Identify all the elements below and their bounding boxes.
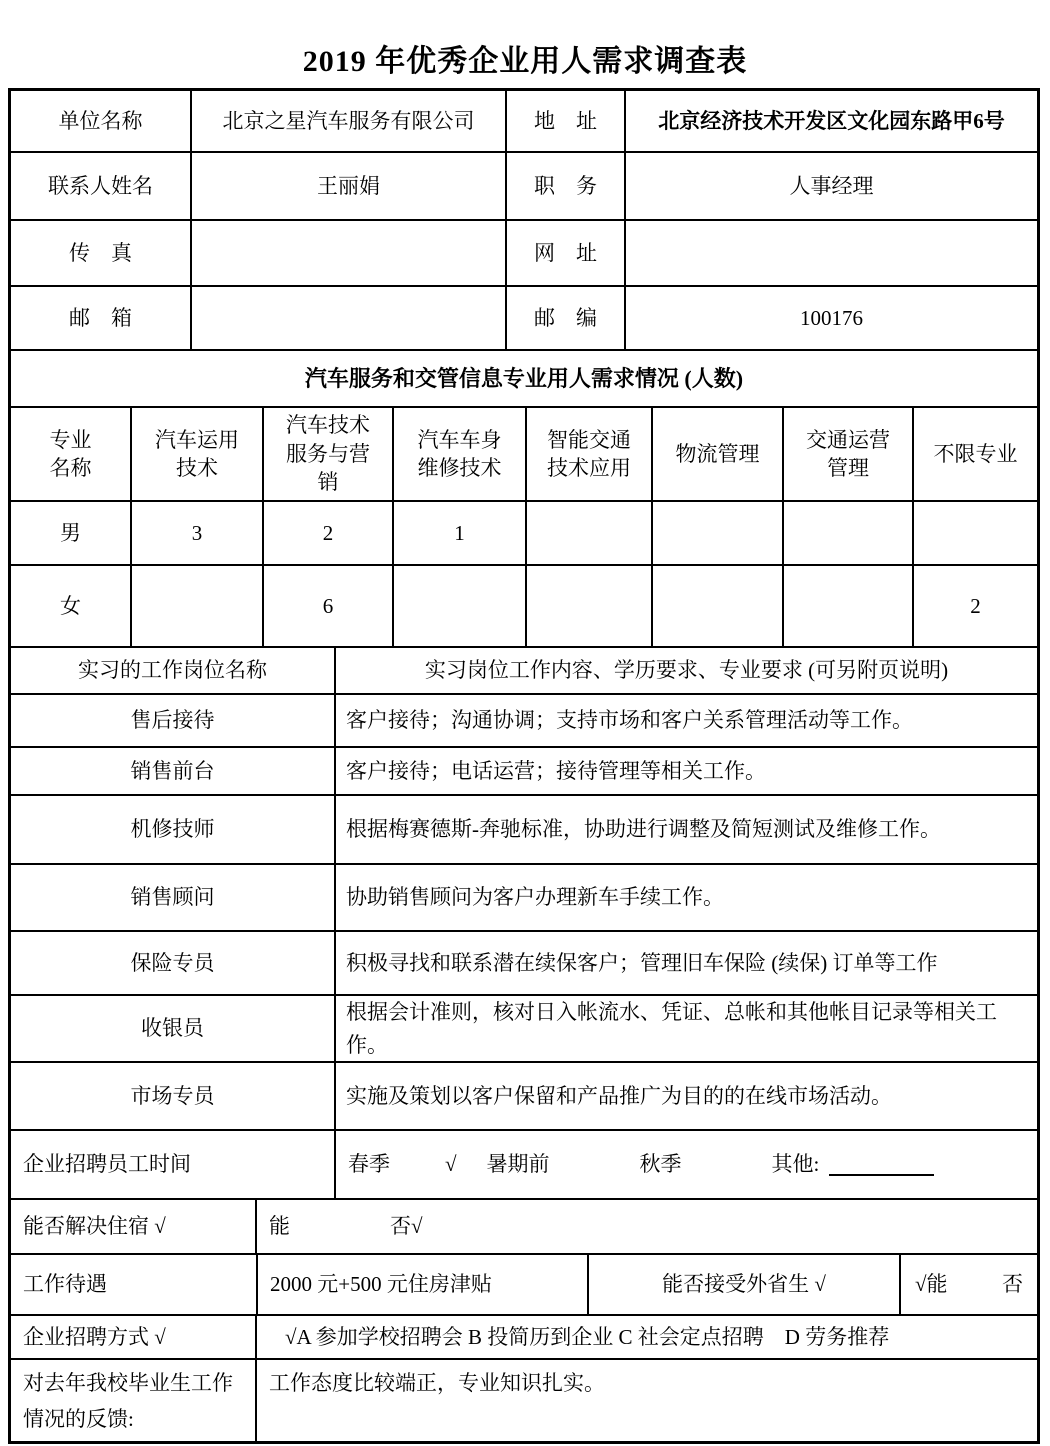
housing-no: 否√ xyxy=(390,1211,423,1241)
positions-header-right: 实习岗位工作内容、学历要求、专业要求 (可另附页说明) xyxy=(336,648,1037,693)
row-label-male: 男 xyxy=(11,502,132,564)
position-row: 销售顾问 协助销售顾问为客户办理新车手续工作。 xyxy=(11,865,1037,932)
demand-cell: 2 xyxy=(914,566,1037,646)
col-header-intelligent-traffic: 智能交通 技术应用 xyxy=(527,408,653,500)
job-title-label: 职 务 xyxy=(507,153,626,219)
position-desc: 根据会计准则，核对日入帐流水、凭证、总帐和其他帐目记录等相关工作。 xyxy=(336,996,1037,1061)
recruit-method-value: √A 参加学校招聘会 B 投简历到企业 C 社会定点招聘 D 劳务推荐 xyxy=(257,1316,1037,1358)
position-row: 售后接待 客户接待；沟通协调；支持市场和客户关系管理活动等工作。 xyxy=(11,695,1037,748)
unit-name-label: 单位名称 xyxy=(11,91,192,151)
recruit-time-row: 企业招聘员工时间 春季 √ 暑期前 秋季 其他: xyxy=(11,1131,1037,1200)
positions-header-left: 实习的工作岗位名称 xyxy=(11,648,336,693)
option-pre-summer: 暑期前 xyxy=(487,1149,550,1179)
position-row: 保险专员 积极寻找和联系潜在续保客户；管理旧车保险 (续保) 订单等工作 xyxy=(11,932,1037,996)
address-value: 北京经济技术开发区文化园东路甲6号 xyxy=(626,91,1037,151)
col-header-auto-application: 汽车运用 技术 xyxy=(132,408,264,500)
postcode-value: 100176 xyxy=(626,287,1037,349)
survey-table: 单位名称 北京之星汽车服务有限公司 地 址 北京经济技术开发区文化园东路甲6号 … xyxy=(8,88,1040,1444)
province-yes: √能 xyxy=(915,1269,948,1299)
website-label: 网 址 xyxy=(507,221,626,285)
option-autumn: 秋季 xyxy=(640,1149,682,1179)
option-other: 其他: xyxy=(772,1149,820,1179)
position-row: 市场专员 实施及策划以客户保留和产品推广为目的的在线市场活动。 xyxy=(11,1063,1037,1131)
position-name: 销售前台 xyxy=(11,748,336,794)
position-name: 保险专员 xyxy=(11,932,336,994)
demand-cell xyxy=(784,502,914,564)
email-label: 邮 箱 xyxy=(11,287,192,349)
province-no: 否 xyxy=(1002,1269,1023,1299)
job-title-value: 人事经理 xyxy=(626,153,1037,219)
demand-cell xyxy=(394,566,527,646)
page-title: 2019 年优秀企业用人需求调查表 xyxy=(0,36,1050,80)
demand-cell xyxy=(914,502,1037,564)
fax-label: 传 真 xyxy=(11,221,192,285)
housing-row: 能否解决住宿 √ 能 否√ xyxy=(11,1200,1037,1255)
position-name: 销售顾问 xyxy=(11,865,336,930)
demand-section-header-row: 汽车服务和交管信息专业用人需求情况 (人数) xyxy=(11,351,1037,408)
position-row: 机修技师 根据梅赛德斯-奔驰标准，协助进行调整及简短测试及维修工作。 xyxy=(11,796,1037,865)
demand-cell: 1 xyxy=(394,502,527,564)
salary-value: 2000 元+500 元住房津贴 xyxy=(258,1255,589,1314)
position-desc: 实施及策划以客户保留和产品推广为目的的在线市场活动。 xyxy=(336,1063,1037,1129)
recruit-method-label: 企业招聘方式 √ xyxy=(11,1316,257,1358)
province-options: √能 否 xyxy=(901,1255,1037,1314)
position-name: 市场专员 xyxy=(11,1063,336,1129)
salary-row: 工作待遇 2000 元+500 元住房津贴 能否接受外省生 √ √能 否 xyxy=(11,1255,1037,1316)
col-header-any-major: 不限专业 xyxy=(914,408,1037,500)
recruit-method-row: 企业招聘方式 √ √A 参加学校招聘会 B 投简历到企业 C 社会定点招聘 D … xyxy=(11,1316,1037,1360)
demand-row-male: 男 3 2 1 xyxy=(11,502,1037,566)
spring-checkmark: √ xyxy=(445,1149,457,1179)
col-header-logistics: 物流管理 xyxy=(653,408,784,500)
demand-cell xyxy=(784,566,914,646)
feedback-value: 工作态度比较端正，专业知识扎实。 xyxy=(257,1360,1037,1441)
info-row-fax: 传 真 网 址 xyxy=(11,221,1037,287)
housing-yes: 能 xyxy=(269,1211,290,1241)
info-row-email: 邮 箱 邮 编 100176 xyxy=(11,287,1037,351)
email-value xyxy=(192,287,507,349)
housing-options: 能 否√ xyxy=(257,1200,1037,1253)
position-desc: 根据梅赛德斯-奔驰标准，协助进行调整及简短测试及维修工作。 xyxy=(336,796,1037,863)
other-blank-line xyxy=(829,1153,934,1176)
demand-cell: 6 xyxy=(264,566,394,646)
unit-name-value: 北京之星汽车服务有限公司 xyxy=(192,91,507,151)
address-label: 地 址 xyxy=(507,91,626,151)
demand-header-row: 专业 名称 汽车运用 技术 汽车技术 服务与营 销 汽车车身 维修技术 智能交通… xyxy=(11,408,1037,502)
position-desc: 客户接待；电话运营；接待管理等相关工作。 xyxy=(336,748,1037,794)
demand-cell xyxy=(653,566,784,646)
housing-label: 能否解决住宿 √ xyxy=(11,1200,257,1253)
position-name: 机修技师 xyxy=(11,796,336,863)
salary-label: 工作待遇 xyxy=(11,1255,258,1314)
info-row-unit: 单位名称 北京之星汽车服务有限公司 地 址 北京经济技术开发区文化园东路甲6号 xyxy=(11,91,1037,153)
recruit-time-options: 春季 √ 暑期前 秋季 其他: xyxy=(336,1131,1037,1198)
position-desc: 积极寻找和联系潜在续保客户；管理旧车保险 (续保) 订单等工作 xyxy=(336,932,1037,994)
col-header-major: 专业 名称 xyxy=(11,408,132,500)
website-value xyxy=(626,221,1037,285)
feedback-label: 对去年我校毕业生工作情况的反馈: xyxy=(11,1360,257,1441)
demand-cell: 3 xyxy=(132,502,264,564)
position-name: 收银员 xyxy=(11,996,336,1061)
row-label-female: 女 xyxy=(11,566,132,646)
option-spring: 春季 xyxy=(348,1149,390,1179)
demand-cell: 2 xyxy=(264,502,394,564)
fax-value xyxy=(192,221,507,285)
contact-name-label: 联系人姓名 xyxy=(11,153,192,219)
feedback-row: 对去年我校毕业生工作情况的反馈: 工作态度比较端正，专业知识扎实。 xyxy=(11,1360,1037,1441)
survey-form-page: 2019 年优秀企业用人需求调查表 单位名称 北京之星汽车服务有限公司 地 址 … xyxy=(0,0,1050,1446)
demand-section-title: 汽车服务和交管信息专业用人需求情况 (人数) xyxy=(11,351,1037,406)
position-desc: 协助销售顾问为客户办理新车手续工作。 xyxy=(336,865,1037,930)
recruit-time-label: 企业招聘员工时间 xyxy=(11,1131,336,1198)
demand-row-female: 女 6 2 xyxy=(11,566,1037,648)
demand-cell xyxy=(527,502,653,564)
demand-cell xyxy=(527,566,653,646)
position-row: 销售前台 客户接待；电话运营；接待管理等相关工作。 xyxy=(11,748,1037,796)
demand-cell xyxy=(653,502,784,564)
info-row-contact: 联系人姓名 王丽娟 职 务 人事经理 xyxy=(11,153,1037,221)
positions-header-row: 实习的工作岗位名称 实习岗位工作内容、学历要求、专业要求 (可另附页说明) xyxy=(11,648,1037,695)
col-header-auto-service-marketing: 汽车技术 服务与营 销 xyxy=(264,408,394,500)
position-row: 收银员 根据会计准则，核对日入帐流水、凭证、总帐和其他帐目记录等相关工作。 xyxy=(11,996,1037,1063)
col-header-auto-body-repair: 汽车车身 维修技术 xyxy=(394,408,527,500)
province-label: 能否接受外省生 √ xyxy=(589,1255,901,1314)
position-name: 售后接待 xyxy=(11,695,336,746)
contact-name-value: 王丽娟 xyxy=(192,153,507,219)
position-desc: 客户接待；沟通协调；支持市场和客户关系管理活动等工作。 xyxy=(336,695,1037,746)
col-header-traffic-operation: 交通运营 管理 xyxy=(784,408,914,500)
postcode-label: 邮 编 xyxy=(507,287,626,349)
demand-cell xyxy=(132,566,264,646)
